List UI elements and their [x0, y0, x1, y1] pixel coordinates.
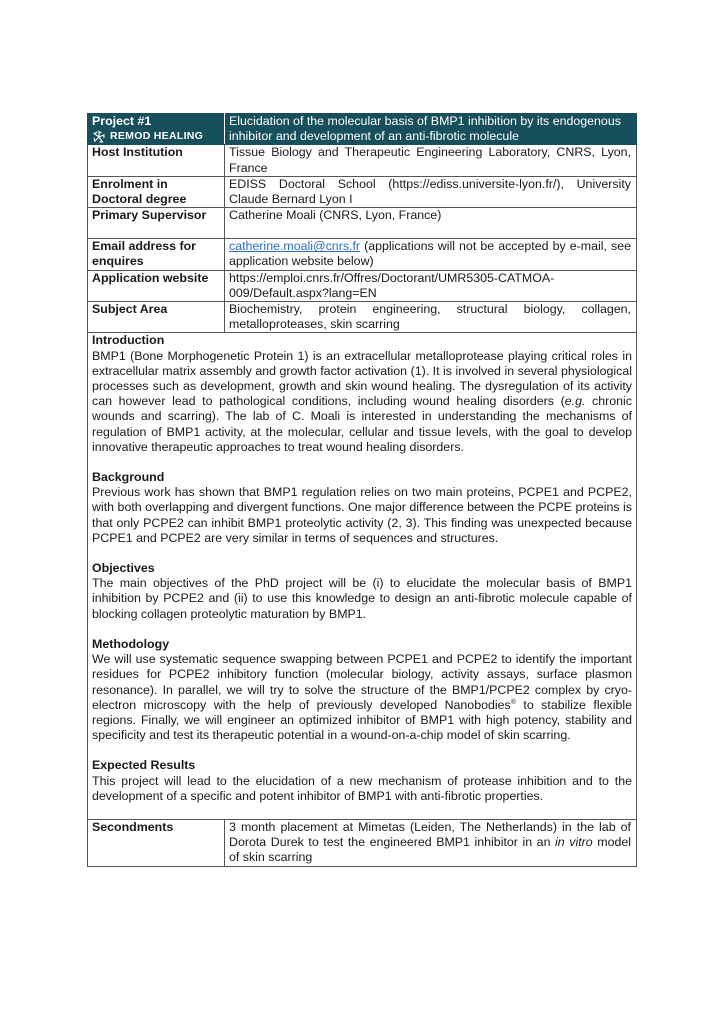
objectives-title: Objectives: [92, 561, 632, 576]
website-url-line1: https://emploi.cnrs.fr/Offres/Doctorant/…: [229, 271, 631, 286]
methodology-text: We will use systematic sequence swapping…: [92, 652, 632, 743]
supervisor-label: Primary Supervisor: [88, 208, 225, 239]
host-value: Tissue Biology and Therapeutic Engineeri…: [225, 145, 637, 176]
row-host-institution: Host Institution Tissue Biology and Ther…: [88, 145, 637, 176]
introduction-text: BMP1 (Bone Morphogenetic Protein 1) is a…: [92, 349, 632, 455]
header-row: Project #1 REMOD HEALING Elucidation of …: [88, 114, 637, 145]
website-label: Application website: [88, 270, 225, 301]
email-value: catherine.moali@cnrs.fr (applications wi…: [225, 239, 637, 270]
row-website: Application website https://emploi.cnrs.…: [88, 270, 637, 301]
subject-label: Subject Area: [88, 302, 225, 333]
header-left-cell: Project #1 REMOD HEALING: [88, 114, 225, 145]
description-cell: Introduction BMP1 (Bone Morphogenetic Pr…: [88, 333, 637, 819]
introduction-title: Introduction: [92, 333, 632, 348]
project-sheet: Project #1 REMOD HEALING Elucidation of …: [87, 113, 636, 867]
methodology-title: Methodology: [92, 637, 632, 652]
project-table: Project #1 REMOD HEALING Elucidation of …: [87, 113, 637, 867]
enrolment-value: EDISS Doctoral School (https://ediss.uni…: [225, 176, 637, 207]
logo-text: REMOD HEALING: [110, 129, 203, 144]
row-enrolment: Enrolment in Doctoral degree EDISS Docto…: [88, 176, 637, 207]
row-secondments: Secondments 3 month placement at Mimetas…: [88, 819, 637, 866]
background-text: Previous work has shown that BMP1 regula…: [92, 485, 632, 546]
project-title: Elucidation of the molecular basis of BM…: [225, 114, 637, 145]
expected-results-title: Expected Results: [92, 758, 632, 773]
project-label: Project #1: [92, 114, 219, 129]
remod-healing-logo: REMOD HEALING: [92, 129, 219, 144]
row-supervisor: Primary Supervisor Catherine Moali (CNRS…: [88, 208, 637, 239]
host-label: Host Institution: [88, 145, 225, 176]
objectives-text: The main objectives of the PhD project w…: [92, 576, 632, 622]
supervisor-value: Catherine Moali (CNRS, Lyon, France): [225, 208, 637, 239]
website-url-line2: 009/Default.aspx?lang=EN: [229, 286, 631, 301]
email-label: Email address for enquires: [88, 239, 225, 270]
subject-value: Biochemistry, protein engineering, struc…: [225, 302, 637, 333]
secondments-label: Secondments: [88, 819, 225, 866]
row-subject: Subject Area Biochemistry, protein engin…: [88, 302, 637, 333]
expected-results-text: This project will lead to the elucidatio…: [92, 774, 632, 804]
secondments-value: 3 month placement at Mimetas (Leiden, Th…: [225, 819, 637, 866]
row-description: Introduction BMP1 (Bone Morphogenetic Pr…: [88, 333, 637, 819]
enrolment-label: Enrolment in Doctoral degree: [88, 176, 225, 207]
background-title: Background: [92, 470, 632, 485]
row-email: Email address for enquires catherine.moa…: [88, 239, 637, 270]
email-link[interactable]: catherine.moali@cnrs.fr: [229, 239, 360, 253]
spiral-star-icon: [92, 130, 106, 144]
website-value: https://emploi.cnrs.fr/Offres/Doctorant/…: [225, 270, 637, 301]
